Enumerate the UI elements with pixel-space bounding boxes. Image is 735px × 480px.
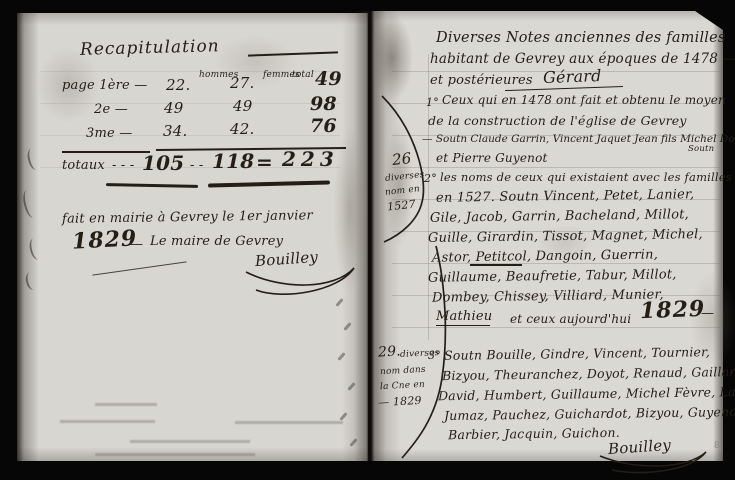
manuscript-scan: Recapitulation page 1ère — 22. hommes 27… [0,0,735,480]
bleed-mark [95,453,255,456]
signature-flourish [242,264,362,300]
row1-label: page 1ère — [62,78,147,93]
note1829-l4: — 1829 [378,394,422,409]
row2-femmes: 49 [233,97,253,115]
row3-label: 3me — [86,126,132,141]
rp-header-line1: Diverses Notes anciennes des familles [436,30,726,46]
bleed-mark [235,421,343,424]
row3-total: 76 [310,115,337,137]
closing-dash: — [130,237,143,252]
item1-line1: Ceux qui en 1478 ont fait et obtenu le m… [442,93,726,107]
row1-femmes: 27. [230,74,254,92]
totals-label: totaux [62,158,105,173]
row2-hommes: 49 [164,99,184,117]
totals-rule-left [62,151,150,153]
item1-line2: de la construction de l'église de Gevrey [428,113,687,128]
item1-line4: et Pierre Guyenot [436,151,548,165]
closing-line2: Le maire de Gevrey [150,234,283,249]
rp-curate-name: Gérard [543,66,602,87]
totals-dots2: - - [190,158,204,173]
totals-dots1: - - - [112,158,134,173]
rp-signature-flourish [596,450,714,474]
item2-line1: les noms de ceux qui existaient avec les… [440,170,732,184]
row2-total: 98 [310,93,337,115]
totals-hommes: 105 [142,151,184,175]
note1527-count: 26 [391,149,412,169]
totals-femmes: 118 [212,149,254,173]
bleed-mark [60,420,155,423]
note1829-l1: diverses [400,348,440,360]
row2-label: 2e — [94,102,128,117]
petitcol-underline [470,264,522,266]
totals-equals: = [256,150,273,174]
item3-names-5: Barbier, Jacquin, Guichon. [448,425,620,442]
bleed-mark [95,403,157,406]
bleed-mark [130,440,250,443]
recap-title: Recapitulation [80,36,220,60]
page-number: 8 [714,441,720,451]
item2-end-text: et ceux aujourd'hui [510,312,631,326]
row3-femmes: 42. [230,120,254,138]
item2-names-4: Astor, Petitcol, Dangoin, Guerrin, [432,247,658,265]
totals-grand: 223 [282,147,339,171]
row1-total: 49 [315,68,342,90]
item1-note: Soutn [688,144,714,154]
closing-year: 1829 [71,225,138,254]
row1-hommes: 22. [166,76,190,94]
note1829-count: 29. [378,343,402,360]
item2-end-year: 1829 [640,296,706,324]
item2-end-dash: — [701,306,714,321]
row1-total-label: total [292,70,314,80]
row3-hommes: 34. [163,122,187,140]
rp-header-line3: et postérieures [430,73,533,88]
rp-header-line2: habitant de Gevrey aux époques de 1478 — [430,51,735,67]
